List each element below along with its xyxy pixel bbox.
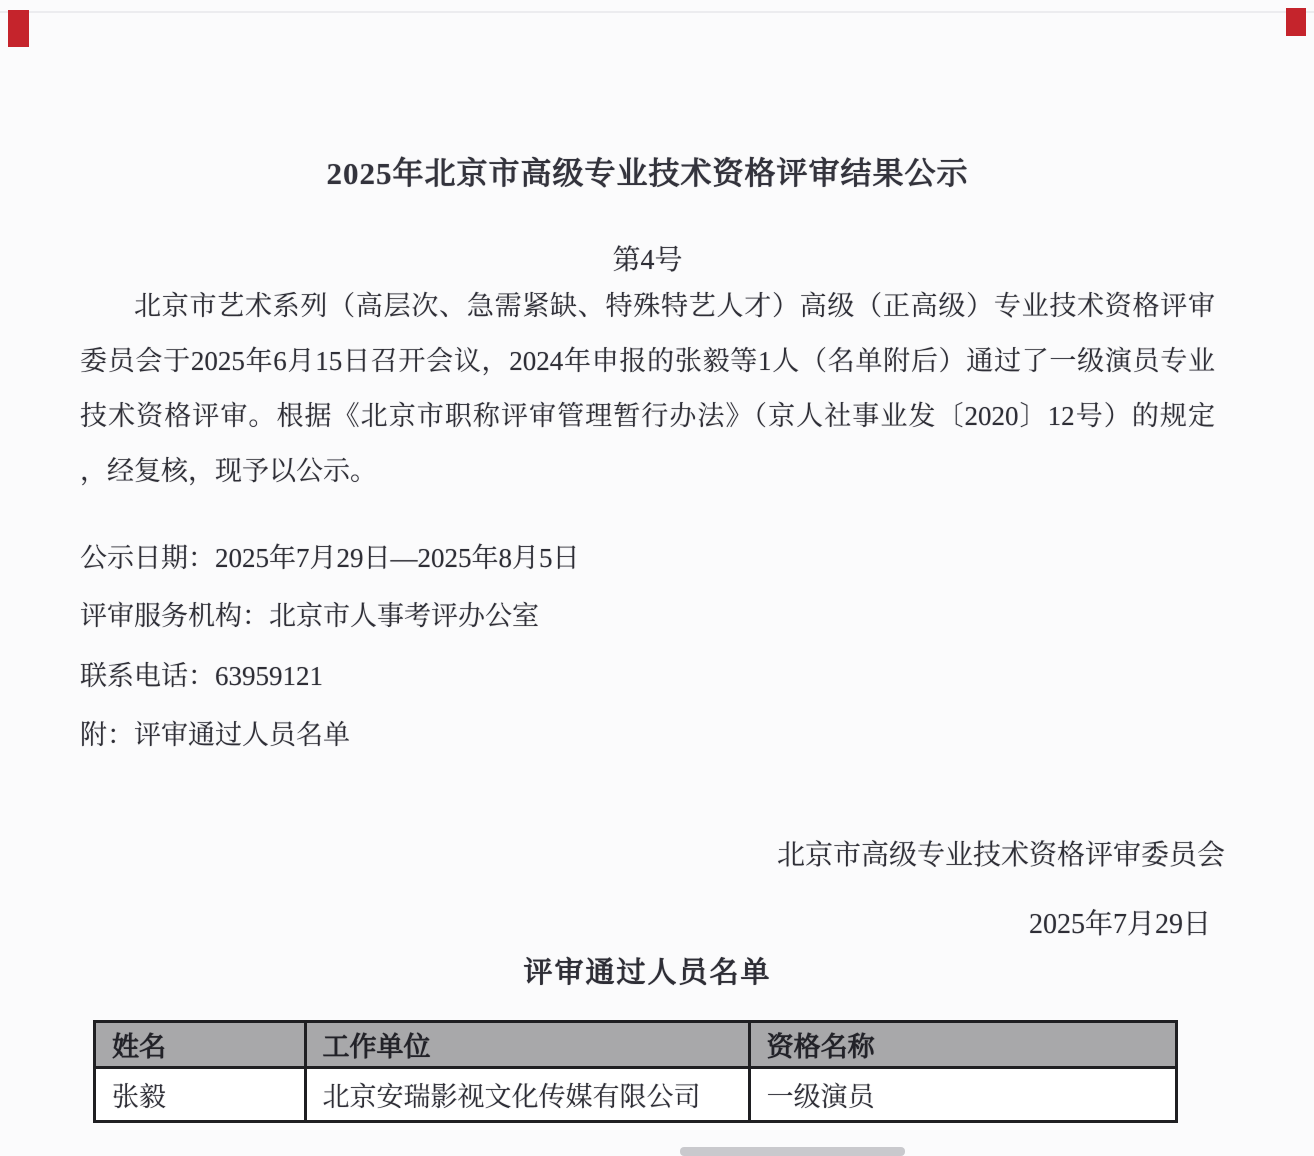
- review-service-org-line: 评审服务机构：北京市人事考评办公室: [80, 599, 1215, 633]
- table-header-work-unit: 工作单位: [305, 1022, 749, 1068]
- approved-personnel-table: 姓名 工作单位 资格名称 张毅 北京安瑞影视文化传媒有限公司 一级演员: [93, 1020, 1178, 1123]
- signature-committee-name: 北京市高级专业技术资格评审委员会: [777, 833, 1225, 873]
- red-corner-mark-left: [8, 10, 29, 47]
- contact-phone-line: 联系电话：63959121: [80, 659, 1215, 693]
- red-corner-mark-right: [1286, 8, 1306, 36]
- cell-person-name: 张毅: [95, 1068, 306, 1122]
- cell-qualification: 一级演员: [749, 1068, 1176, 1122]
- publicity-date-line: 公示日期：2025年7月29日—2025年8月5日: [80, 541, 1215, 575]
- body-paragraph-line: 委员会于2025年6月15日召开会议，2024年申报的张毅等1人（名单附后）通过…: [80, 344, 1215, 380]
- document-number: 第4号: [80, 238, 1215, 278]
- cell-work-unit: 北京安瑞影视文化传媒有限公司: [305, 1068, 749, 1122]
- table-row: 张毅 北京安瑞影视文化传媒有限公司 一级演员: [95, 1068, 1177, 1122]
- scan-edge-line: [0, 11, 1314, 13]
- table-header-name: 姓名: [95, 1022, 306, 1068]
- body-paragraph-line: 北京市艺术系列（高层次、急需紧缺、特殊特艺人才）高级（正高级）专业技术资格评审: [80, 289, 1215, 325]
- attachment-note-line: 附：评审通过人员名单: [80, 718, 1215, 752]
- document-page: 2025年北京市高级专业技术资格评审结果公示 第4号 北京市艺术系列（高层次、急…: [0, 0, 1314, 1156]
- bottom-scroll-indicator-bar: [680, 1147, 905, 1156]
- roster-table-title: 评审通过人员名单: [80, 950, 1215, 991]
- signature-date: 2025年7月29日: [1029, 902, 1211, 942]
- body-paragraph-line: 技术资格评审。根据《北京市职称评审管理暂行办法》（京人社事业发〔2020〕12号…: [80, 399, 1215, 435]
- document-title: 2025年北京市高级专业技术资格评审结果公示: [80, 148, 1215, 193]
- table-header-row: 姓名 工作单位 资格名称: [95, 1022, 1177, 1068]
- body-paragraph-line: ，经复核，现予以公示。: [80, 454, 1215, 490]
- table-header-qualification: 资格名称: [749, 1022, 1176, 1068]
